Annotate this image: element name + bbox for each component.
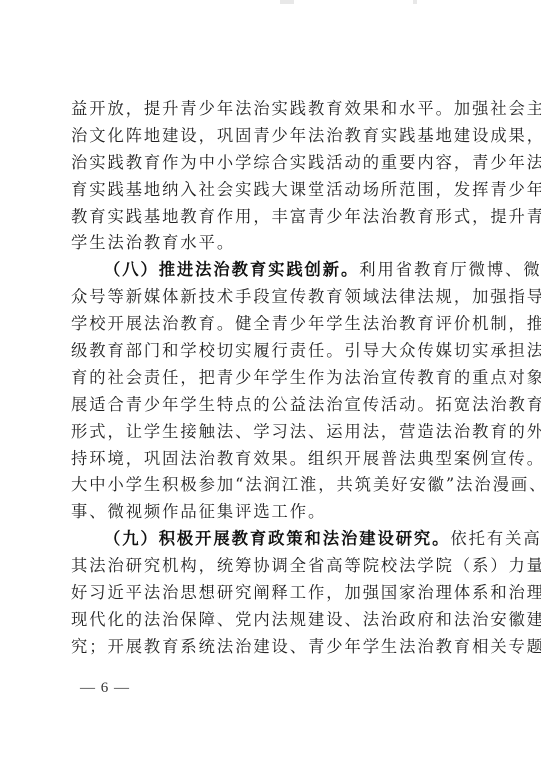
section-heading-8: （八）推进法治教育实践创新。 (104, 260, 359, 279)
text-line: 大中小学生积极参加“法润江淮，共筑美好安徽”法治漫画、故 (71, 472, 473, 499)
text-line: 治实践教育作为中小学综合实践活动的重要内容，青少年法治教 (71, 150, 473, 177)
text-line: 治文化阵地建设，巩固青少年法治教育实践基地建设成果，将法 (71, 123, 473, 150)
section-heading-9: （九）积极开展教育政策和法治建设研究。 (104, 529, 450, 548)
text-line: 育实践基地纳入社会实践大课堂活动场所范围，发挥青少年法治 (71, 177, 473, 204)
text-line: 级教育部门和学校切实履行责任。引导大众传媒切实承担法治教 (71, 338, 473, 365)
text-line: 学校开展法治教育。健全青少年学生法治教育评价机制，推动各 (71, 311, 473, 338)
section-9-first-line: （九）积极开展教育政策和法治建设研究。依托有关高校及 (71, 526, 473, 553)
text-line: 展适合青少年学生特点的公益法治宣传活动。拓宽法治教育实践 (71, 392, 473, 419)
text-line: 其法治研究机构，统筹协调全省高等院校法学院（系）力量，做 (71, 553, 473, 580)
scan-artifact (280, 0, 294, 4)
text-line: 育的社会责任，把青少年学生作为法治宣传教育的重点对象，开 (71, 365, 473, 392)
text-line: 究；开展教育系统法治建设、青少年学生法治教育相关专题研究， (71, 634, 473, 661)
text-line: 益开放，提升青少年法治实践教育效果和水平。加强社会主义法 (71, 96, 473, 123)
section-8-first-line: （八）推进法治教育实践创新。利用省教育厅微博、微信公 (71, 257, 473, 284)
text-line: 现代化的法治保障、党内法规建设、法治政府和法治安徽建设研 (71, 607, 473, 634)
text-line: 教育实践基地教育作用，丰富青少年法治教育形式，提升青少年 (71, 204, 473, 231)
document-body: 益开放，提升青少年法治实践教育效果和水平。加强社会主义法 治文化阵地建设，巩固青… (71, 96, 473, 661)
text-line: 好习近平法治思想研究阐释工作，加强国家治理体系和治理能力 (71, 580, 473, 607)
text-run: 利用省教育厅微博、微信公 (359, 260, 541, 279)
text-line: 众号等新媒体新技术手段宣传教育领域法律法规，加强指导各类 (71, 284, 473, 311)
scan-artifact (413, 0, 417, 4)
text-line: 事、微视频作品征集评选工作。 (71, 499, 473, 526)
text-run: 依托有关高校及 (450, 529, 541, 548)
text-line: 持环境，巩固法治教育效果。组织开展普法典型案例宣传。组织 (71, 446, 473, 473)
text-line: 学生法治教育水平。 (71, 230, 473, 257)
page-number: — 6 — (80, 680, 130, 697)
document-page: 益开放，提升青少年法治实践教育效果和水平。加强社会主义法 治文化阵地建设，巩固青… (0, 0, 541, 768)
text-line: 形式，让学生接触法、学习法、运用法，营造法治教育的外部支 (71, 419, 473, 446)
